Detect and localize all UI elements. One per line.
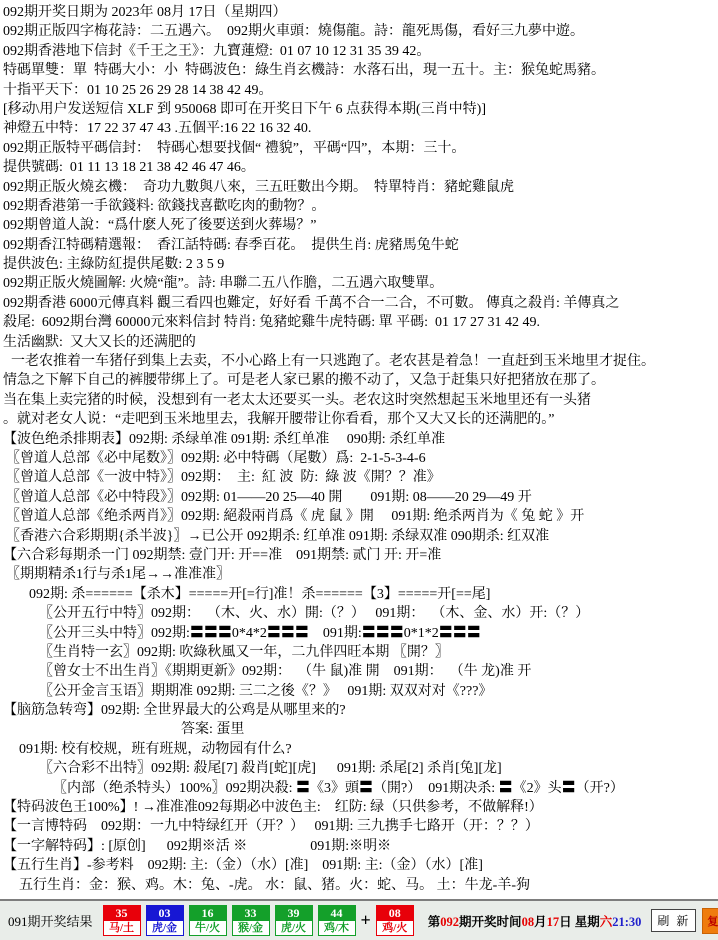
- text-line: 当在集上卖完猪的时候，没想到有一老太太还要买一头。老农这时突然想起玉米地里还有一…: [3, 391, 716, 410]
- info-segment: 六: [600, 915, 613, 929]
- text-line: 殺尾: 6092期台灣 60000元來料信封 特肖: 兔豬蛇雞牛虎特碼: 單 平…: [3, 313, 716, 332]
- text-line: 092期香江特碼精選報： 香江話特碼: 春季百花。 提供生肖: 虎豬馬兔牛蛇: [3, 236, 716, 255]
- result-ball: 16牛/火: [189, 905, 227, 936]
- text-line: 〖公开金言玉语〗期期准 092期: 三二之後《？》 091期: 双双对对《???…: [3, 682, 716, 701]
- text-line: 092期香港第一手欲錢料: 欲錢找喜歡吃肉的動物？。: [3, 197, 716, 216]
- result-ball: 33猴/金: [232, 905, 270, 936]
- text-line: 〖曾女士不出生肖〗《期期更新》092期： （牛 鼠)准 開 091期： （牛 龙…: [3, 662, 716, 681]
- result-ball: 08鸡/火: [376, 905, 414, 936]
- ball-number: 44: [319, 906, 355, 921]
- text-line: 【六合彩每期杀一门 092期禁: 壹门开: 开==准 091期禁: 贰门 开: …: [3, 546, 716, 565]
- text-line: 092期香港地下信封《千王之王》：九寶蓮燈: 01 07 10 12 31 35…: [3, 42, 716, 61]
- previous-draw-label: 091期开奖结果: [8, 911, 93, 930]
- refresh-button[interactable]: 刷 新: [651, 909, 696, 932]
- text-line: 〖生肖特一玄〗092期: 吹綠秋風又一年，二九伴四旺本期 〖開？〗: [3, 643, 716, 662]
- info-segment: 日 星期: [559, 915, 600, 929]
- ball-zodiac-element: 虎/火: [276, 921, 312, 935]
- result-balls: 35马/土03虎/金16牛/火33猴/金39虎/火44鸡/木: [103, 905, 356, 936]
- text-line: 【一言博特码 092期：一九中特绿红开（开？） 091期: 三九携手七路开（开：…: [3, 817, 716, 836]
- text-line: 【特码波色王100%】! →准准准092每期必中波色主: 红防: 绿（只供参考，…: [3, 798, 716, 817]
- text-line: 五行生肖：金：猴、鸡。木：兔、-虎。 水：鼠、猪。火：蛇、马。 土：牛龙-羊-狗: [3, 876, 716, 895]
- info-segment: 月: [534, 915, 547, 929]
- ball-number: 03: [147, 906, 183, 921]
- text-line: 091期: 校有校规，班有班规，动物园有什么?: [3, 740, 716, 759]
- copy-button[interactable]: 复制: [702, 908, 718, 934]
- text-line: [移动\用户发送短信 XLF 到 950068 即可在开奖日下午 6 点获得本期…: [3, 100, 716, 119]
- info-segment: 期开奖时间: [459, 915, 522, 929]
- text-line: 情急之下解下自己的裤腰带绑上了。可是老人家已累的搬不动了，又急于赶集只好把猪放在…: [3, 371, 716, 390]
- text-line: 092期正版特平碼信封： 特碼心想要找個“ 禮貌”，平碼“四”，本期：三十。: [3, 139, 716, 158]
- text-line: 一老农推着一车猪仔到集上去卖，不小心路上有一只逃跑了。老农甚是着急！一直赶到玉米…: [3, 352, 716, 371]
- text-line: 【脑筋急转弯】092期: 全世界最大的公鸡是从哪里来的?: [3, 701, 716, 720]
- text-line: 〖六合彩不出特〗092期: 殺尾[7] 殺肖[蛇][虎] 091期: 杀尾[2]…: [3, 759, 716, 778]
- text-line: 〖曾道人总部《必中尾数》〗092期: 必中特碼（尾數）爲: 2-1-5-3-4-…: [3, 449, 716, 468]
- text-line: 特碼單雙：單 特碼大小：小 特碼波色：綠生肖玄機詩：水落石出，現一五十。主：猴兔…: [3, 61, 716, 80]
- text-line: 神燈五中特：17 22 37 47 43 .五個平:16 22 16 32 40…: [3, 119, 716, 138]
- info-segment: 17: [547, 915, 560, 929]
- ball-zodiac-element: 鸡/火: [377, 921, 413, 935]
- ball-number: 33: [233, 906, 269, 921]
- text-line: 答案: 蛋里: [3, 720, 716, 739]
- plus-sign: +: [361, 910, 371, 931]
- text-line: 〖曾道人总部《必中特段》〗092期: 01——20 25—40 開 091期: …: [3, 488, 716, 507]
- ball-number: 39: [276, 906, 312, 921]
- info-segment: 08: [522, 915, 535, 929]
- text-line: 092期正版四字梅花詩：二五遇六。 092期火車頭：燒傷龍。詩：龍死馬傷，看好三…: [3, 22, 716, 41]
- ball-number: 08: [377, 906, 413, 921]
- text-line: 〖曾道人总部《一波中特》〗092期： 主: 紅 波 防: 綠 波《開？？准》: [3, 468, 716, 487]
- tips-text-block: 092期开奖日期为 2023年 08月 17日（星期四）092期正版四字梅花詩：…: [0, 0, 718, 895]
- info-segment: 21:30: [612, 915, 641, 929]
- result-ball: 35马/土: [103, 905, 141, 936]
- text-line: 提供號碼: 01 11 13 18 21 38 42 46 47 46。: [3, 158, 716, 177]
- text-line: 092期开奖日期为 2023年 08月 17日（星期四）: [3, 3, 716, 22]
- ball-zodiac-element: 虎/金: [147, 921, 183, 935]
- ball-number: 35: [104, 906, 140, 921]
- ball-zodiac-element: 牛/火: [190, 921, 226, 935]
- result-ball: 03虎/金: [146, 905, 184, 936]
- text-line: 〖内部（绝杀特头）100%〗092期决殺: 〓《3》頭〓（開?） 091期决杀:…: [3, 779, 716, 798]
- info-segment: 092: [440, 915, 459, 929]
- text-line: 提供波色: 主綠防紅提供尾數: 2 3 5 9: [3, 255, 716, 274]
- lottery-tips-page: 092期开奖日期为 2023年 08月 17日（星期四）092期正版四字梅花詩：…: [0, 0, 718, 940]
- results-bar: 091期开奖结果 35马/土03虎/金16牛/火33猴/金39虎/火44鸡/木 …: [0, 899, 718, 940]
- ball-zodiac-element: 猴/金: [233, 921, 269, 935]
- text-line: 〖期期精杀1行与杀1尾→→准准准〗: [3, 565, 716, 584]
- text-line: 〖公开三头中特〗092期:〓〓〓0*4*2〓〓〓 091期:〓〓〓0*1*2〓〓…: [3, 624, 716, 643]
- text-line: 〖公开五行中特〗092期： （木、火、水）開:（？） 091期： （木、金、水）…: [3, 604, 716, 623]
- text-line: 〖曾道人总部《绝杀两肖》〗092期: 絕殺兩肖爲《 虎 鼠 》開 091期: 绝…: [3, 507, 716, 526]
- text-line: 092期香港 6000元傳真料 觀三看四也難定，好好看 千萬不合一二合，不可數。…: [3, 294, 716, 313]
- text-line: 092期正版火燒圖解: 火燒“龍”。詩: 串聯二五八作膽，二五遇六取雙單。: [3, 274, 716, 293]
- text-line: 【五行生肖】-参考料 092期: 主:（金）（水）[准] 091期: 主:（金）…: [3, 856, 716, 875]
- text-line: 十指平天下：01 10 25 26 29 28 14 38 42 49。: [3, 81, 716, 100]
- text-line: 092期正版火燒玄機： 奇功九數與八來，三五旺數出今期。 特單特肖：豬蛇雞鼠虎: [3, 178, 716, 197]
- ball-zodiac-element: 鸡/木: [319, 921, 355, 935]
- ball-zodiac-element: 马/土: [104, 921, 140, 935]
- result-ball: 39虎/火: [275, 905, 313, 936]
- ball-number: 16: [190, 906, 226, 921]
- text-line: 〖香港六合彩期期{杀半波}〗→已公开 092期杀: 红单准 091期: 杀绿双准…: [3, 527, 716, 546]
- text-line: 。就对老女人说：“走吧到玉米地里去，我解开腰带让你看看，那个又大又长的还满肥的。…: [3, 410, 716, 429]
- special-ball-slot: 08鸡/火: [376, 905, 414, 936]
- text-line: 生活幽默: 又大又长的还满肥的: [3, 333, 716, 352]
- info-segment: 第: [428, 915, 441, 929]
- result-ball: 44鸡/木: [318, 905, 356, 936]
- text-line: 092期曾道人說：“爲什麽人死了後要送到火葬場？”: [3, 216, 716, 235]
- text-line: 【波色绝杀排期表】092期: 杀绿单准 091期: 杀红单准 090期: 杀红单…: [3, 430, 716, 449]
- text-line: 【一字解特码】: [原创] 092期※活 ※ 091期:※明※: [3, 837, 716, 856]
- text-line: 092期: 杀======【杀木】=====开[=行]准！杀======【3】=…: [3, 585, 716, 604]
- next-draw-info: 第092期开奖时间08月17日 星期六21:30: [428, 912, 642, 930]
